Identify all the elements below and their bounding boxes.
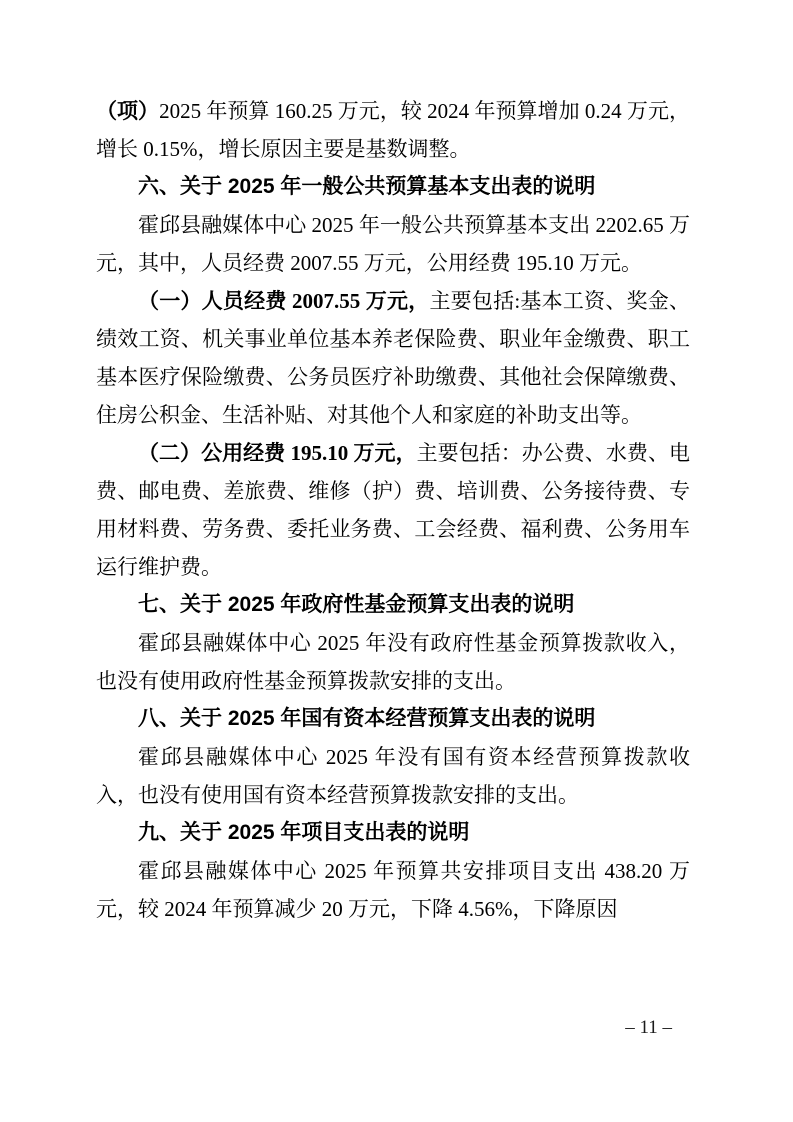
section-heading-8: 八、关于 2025 年国有资本经营预算支出表的说明 xyxy=(96,700,690,738)
paragraph-text: 霍邱县融媒体中心 2025 年预算共安排项目支出 438.20 万元，较 202… xyxy=(96,859,690,921)
paragraph-text: 霍邱县融媒体中心 2025 年没有政府性基金预算拨款收入，也没有使用政府性基金预… xyxy=(96,631,690,693)
page-number: – 11 – xyxy=(0,1014,672,1042)
bold-lead: （项） xyxy=(96,99,159,123)
paragraph: 霍邱县融媒体中心 2025 年没有国有资本经营预算拨款收入，也没有使用国有资本经… xyxy=(96,738,690,814)
section-heading-6: 六、关于 2025 年一般公共预算基本支出表的说明 xyxy=(96,168,690,206)
paragraph-text: 2025 年预算 160.25 万元，较 2024 年预算增加 0.24 万元，… xyxy=(96,99,690,161)
paragraph-continuation: （项）2025 年预算 160.25 万元，较 2024 年预算增加 0.24 … xyxy=(96,92,690,168)
document-page: （项）2025 年预算 160.25 万元，较 2024 年预算增加 0.24 … xyxy=(0,0,793,1122)
paragraph-text: 霍邱县融媒体中心 2025 年没有国有资本经营预算拨款收入，也没有使用国有资本经… xyxy=(96,745,690,807)
bold-lead: （一）人员经费 2007.55 万元， xyxy=(138,289,429,313)
bold-lead: （二）公用经费 195.10 万元， xyxy=(138,441,417,465)
section-heading-9: 九、关于 2025 年项目支出表的说明 xyxy=(96,814,690,852)
document-body: （项）2025 年预算 160.25 万元，较 2024 年预算增加 0.24 … xyxy=(96,92,690,928)
paragraph: 霍邱县融媒体中心 2025 年一般公共预算基本支出 2202.65 万元，其中，… xyxy=(96,206,690,282)
paragraph-text: 霍邱县融媒体中心 2025 年一般公共预算基本支出 2202.65 万元，其中，… xyxy=(96,213,690,275)
paragraph: （一）人员经费 2007.55 万元，主要包括:基本工资、奖金、绩效工资、机关事… xyxy=(96,282,690,434)
paragraph: （二）公用经费 195.10 万元，主要包括：办公费、水费、电费、邮电费、差旅费… xyxy=(96,434,690,586)
paragraph: 霍邱县融媒体中心 2025 年没有政府性基金预算拨款收入，也没有使用政府性基金预… xyxy=(96,624,690,700)
paragraph: 霍邱县融媒体中心 2025 年预算共安排项目支出 438.20 万元，较 202… xyxy=(96,852,690,928)
section-heading-7: 七、关于 2025 年政府性基金预算支出表的说明 xyxy=(96,586,690,624)
